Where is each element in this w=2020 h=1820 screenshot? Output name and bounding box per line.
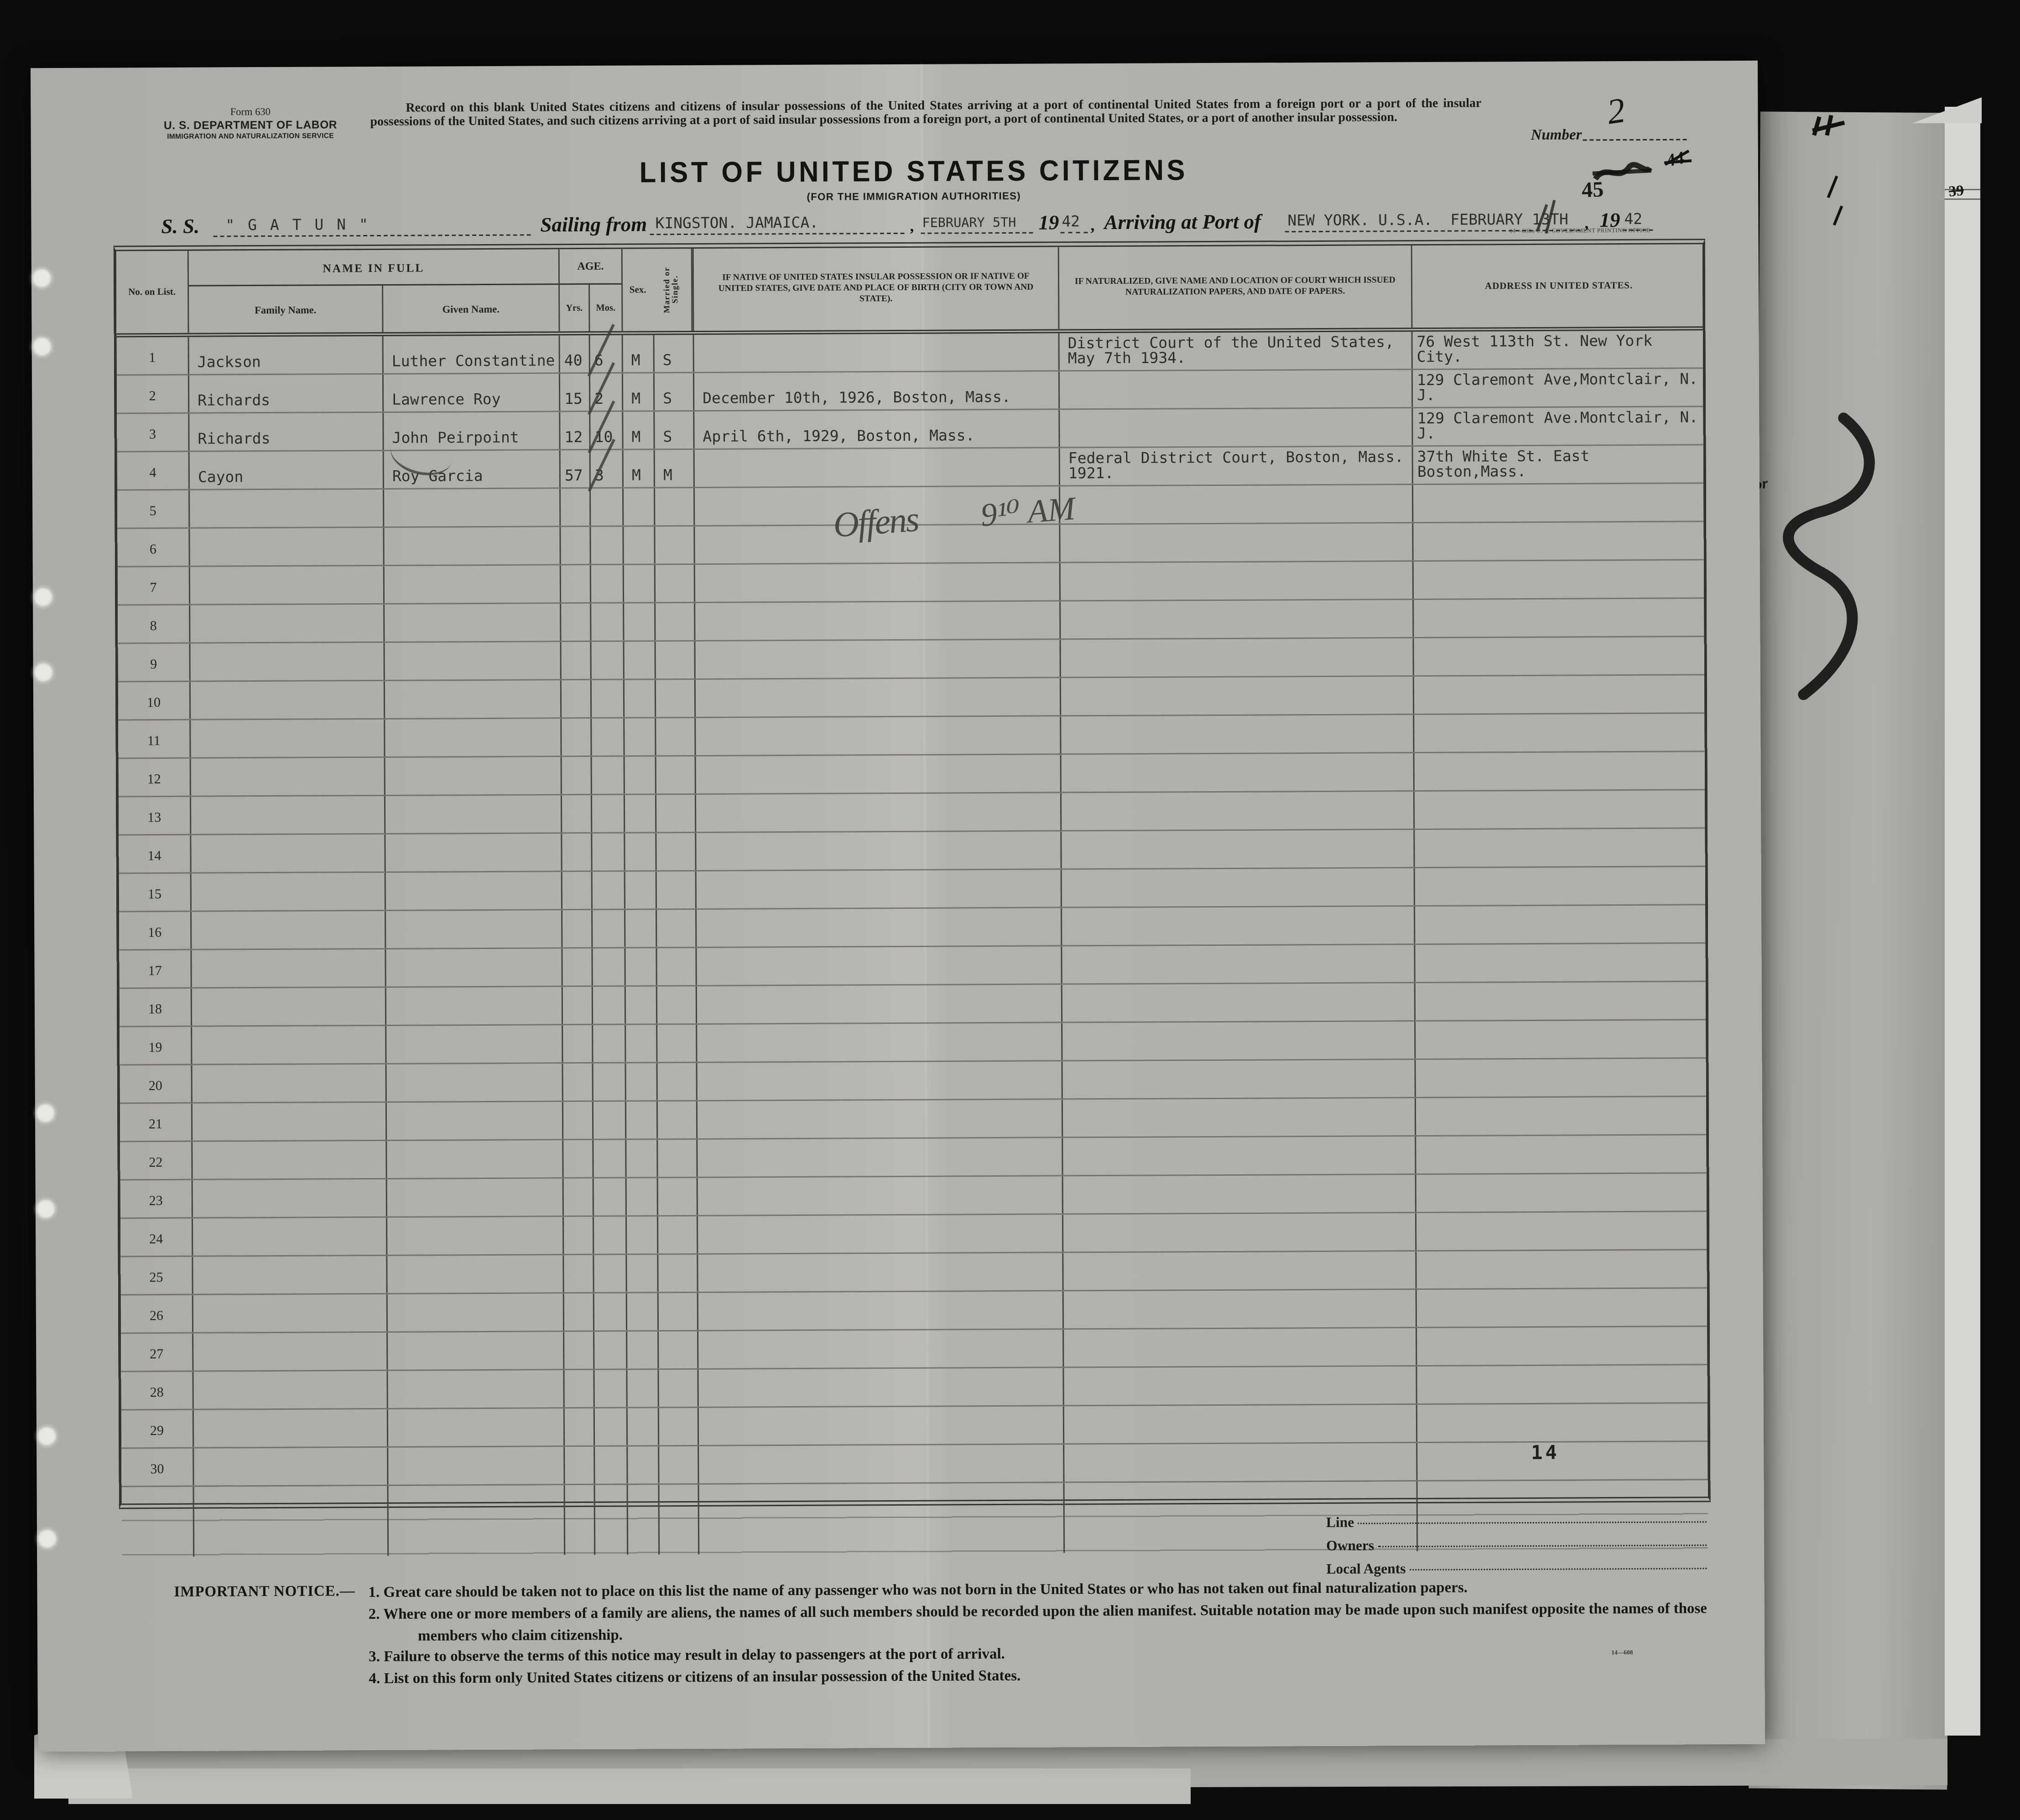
table-row: 15 xyxy=(119,867,1705,912)
cell-family xyxy=(189,681,384,719)
cell-naturalization xyxy=(1058,408,1411,447)
handwritten-number: 2 xyxy=(1604,90,1628,134)
cell-no: 12 xyxy=(119,759,190,796)
cell-birth xyxy=(695,793,1060,831)
cell-sex xyxy=(623,565,654,602)
header-native-birth: IF NATIVE OF UNITED STATES INSULAR POSSE… xyxy=(692,247,1058,330)
cell-naturalization xyxy=(1062,1175,1415,1213)
cell-no: 18 xyxy=(120,989,191,1026)
cell-sex xyxy=(622,488,654,525)
cell-status xyxy=(656,948,695,985)
cell-family xyxy=(189,566,383,604)
cell-given xyxy=(386,1370,563,1408)
printing-office-code: 14—608o U. S. GOVERNMENT PRINTING OFFICE xyxy=(1510,227,1650,234)
cell-given xyxy=(383,489,559,527)
cell-family xyxy=(190,911,385,949)
cell-birth xyxy=(697,1176,1062,1215)
header-mos: Mos. xyxy=(588,285,621,331)
cell-naturalization xyxy=(1062,1137,1415,1175)
cell-no: 6 xyxy=(117,529,188,566)
passenger-table: No. on List. NAME IN FULL Family Name. G… xyxy=(114,239,1711,1509)
table-row: 18 xyxy=(120,982,1706,1027)
cell-no: 3 xyxy=(117,414,188,451)
cell-sex xyxy=(626,1370,657,1407)
cell-given xyxy=(383,604,560,641)
table-row: 4CayonRoy Garcia573MMFederal District Co… xyxy=(117,445,1703,490)
header-no-on-list: No. on List. xyxy=(116,251,188,334)
manifest-form-page: Form 630 U. S. DEPARTMENT OF LABOR IMMIG… xyxy=(31,61,1765,1752)
cell-sex xyxy=(624,871,656,908)
table-row: 9 xyxy=(118,637,1704,682)
cell-family xyxy=(192,1179,386,1217)
cell-no: 5 xyxy=(117,490,188,528)
cell-family xyxy=(191,988,385,1026)
header-given-name: Given Name. xyxy=(382,285,558,332)
owners-field: Owners xyxy=(1326,1538,1707,1563)
cell-birth xyxy=(694,601,1059,640)
cell-sex xyxy=(625,1255,657,1292)
cell-family xyxy=(188,490,383,527)
cell-sex xyxy=(625,986,656,1023)
underlying-sheet-bottom2 xyxy=(68,1768,1191,1804)
cell-mos xyxy=(594,1408,626,1445)
cell-birth xyxy=(695,870,1061,908)
cell-sex xyxy=(624,948,656,985)
cell-naturalization xyxy=(1059,638,1412,677)
cell-mos xyxy=(589,527,622,564)
cell-family xyxy=(190,796,384,834)
cell-yrs xyxy=(562,987,592,1024)
cell-yrs xyxy=(562,1025,592,1062)
cell-family xyxy=(191,1064,385,1102)
cell-address xyxy=(1414,1059,1708,1097)
table-row: 12 xyxy=(119,752,1705,797)
cell-family xyxy=(192,1294,386,1332)
cell-given xyxy=(386,1255,562,1293)
cell-sex xyxy=(623,603,654,640)
cell-status xyxy=(657,1293,697,1330)
sailing-port: KINGSTON. JAMAICA. xyxy=(655,214,818,233)
table-row: 26 xyxy=(121,1288,1707,1334)
cell-birth xyxy=(695,946,1061,985)
cell-no: 27 xyxy=(121,1334,192,1371)
cell-mos xyxy=(591,834,624,871)
cell-yrs xyxy=(561,834,591,871)
cell-status xyxy=(655,795,695,832)
cell-yrs xyxy=(560,680,590,717)
cell-family xyxy=(192,1371,386,1409)
photo-background: 39 th or Form 630 U. S. DEPARTMENT OF LA… xyxy=(0,0,2020,1820)
cell-mos xyxy=(592,1025,625,1062)
table-row: 23 xyxy=(120,1173,1707,1219)
table-row: 8 xyxy=(118,599,1704,644)
cell-birth xyxy=(697,1215,1062,1253)
cell-sex xyxy=(625,1025,656,1062)
cell-no: 8 xyxy=(118,605,189,643)
cell-address xyxy=(1415,1173,1709,1212)
cell-sex xyxy=(626,1408,658,1445)
number-field: Number 2 xyxy=(1531,121,1690,146)
cell-status: S xyxy=(653,335,693,372)
cell-no: 28 xyxy=(121,1372,192,1409)
cell-mos xyxy=(593,1293,626,1330)
cell-address xyxy=(1412,560,1707,599)
form-instructions: Record on this blank United States citiz… xyxy=(370,97,1481,130)
cell-family: Cayon xyxy=(188,451,383,489)
cell-sex xyxy=(625,1216,657,1253)
cell-given xyxy=(385,872,561,910)
cell-family: Richards xyxy=(188,375,382,412)
cell-no: 17 xyxy=(119,950,190,988)
cell-no: 23 xyxy=(120,1180,192,1218)
cell-yrs xyxy=(561,757,591,794)
cell-status xyxy=(656,1025,696,1062)
cell-birth xyxy=(696,1138,1062,1176)
cell-sex xyxy=(625,1140,656,1177)
cell-mos xyxy=(592,1064,625,1100)
cell-naturalization: Federal District Court, Boston, Mass. 19… xyxy=(1059,447,1412,485)
cell-family xyxy=(190,758,384,796)
cell-given xyxy=(387,1447,563,1485)
cell-status xyxy=(657,1331,697,1368)
sailing-year: 42 xyxy=(1062,213,1080,230)
sailing-date: FEBRUARY 5TH xyxy=(922,216,1016,231)
table-row: 21 xyxy=(120,1097,1706,1142)
cell-yrs xyxy=(563,1293,593,1330)
cell-given xyxy=(384,757,561,795)
cell-birth xyxy=(694,640,1059,678)
cell-yrs xyxy=(561,910,591,947)
cell-address xyxy=(1415,1135,1709,1173)
cell-address: 37th White St. East Boston,Mass. xyxy=(1412,445,1706,484)
cell-family xyxy=(193,1409,387,1447)
cell-birth: December 10th, 1926, Boston, Mass. xyxy=(693,371,1058,410)
cell-birth xyxy=(696,1023,1061,1061)
cell-mos: 10 xyxy=(589,412,622,449)
cell-yrs xyxy=(559,527,589,564)
cell-birth xyxy=(697,1253,1062,1291)
cell-family xyxy=(192,1218,386,1256)
cell-sex xyxy=(624,910,656,947)
cell-no: 24 xyxy=(120,1219,192,1256)
voyage-line: S. S. " G A T U N " Sailing from KINGSTO… xyxy=(31,198,1758,241)
cell-naturalization xyxy=(1063,1443,1416,1481)
cell-address xyxy=(1414,982,1708,1020)
table-row: 28 xyxy=(121,1365,1707,1410)
cell-yrs xyxy=(559,489,589,526)
cell-address xyxy=(1415,1250,1709,1288)
header-family-name: Family Name. xyxy=(187,286,382,333)
cell-mos: 3 xyxy=(589,450,622,487)
cell-sex xyxy=(624,756,655,793)
cell-naturalization xyxy=(1062,1252,1415,1290)
table-row: 13 xyxy=(119,790,1705,835)
cell-birth: April 6th, 1929, Boston, Mass. xyxy=(693,410,1058,448)
cell-yrs xyxy=(560,642,590,679)
cell-status xyxy=(657,1216,697,1253)
cell-birth xyxy=(697,1330,1062,1368)
arrival-port: NEW YORK. U.S.A. xyxy=(1287,211,1432,229)
cell-status: S xyxy=(653,373,693,410)
table-row: 2RichardsLawrence Roy152MSDecember 10th,… xyxy=(117,369,1703,414)
cell-yrs: 40 xyxy=(559,335,589,372)
cell-yrs xyxy=(562,1255,593,1292)
cell-address xyxy=(1413,752,1708,790)
table-row: 17 xyxy=(119,944,1705,989)
cell-address xyxy=(1412,599,1707,637)
cell-family xyxy=(191,1103,385,1141)
punch-hole xyxy=(36,1199,56,1219)
cell-family: Richards xyxy=(188,413,382,451)
number-label: Number xyxy=(1531,127,1582,143)
comma: , xyxy=(910,216,914,237)
table-row: 22 xyxy=(120,1135,1706,1180)
cell-family xyxy=(192,1256,386,1294)
cell-birth xyxy=(696,1100,1062,1138)
cell-yrs xyxy=(562,1140,592,1177)
cell-status: S xyxy=(653,412,693,448)
crossed-number-right-sheet: 39 xyxy=(1948,183,1964,201)
arrival-year: 42 xyxy=(1624,210,1642,228)
cell-no: 22 xyxy=(120,1142,191,1179)
cell-naturalization xyxy=(1061,945,1414,983)
cell-address xyxy=(1416,1442,1710,1480)
cell-given xyxy=(384,795,561,833)
sailing-year-line xyxy=(1061,230,1088,233)
cell-yrs xyxy=(562,1102,592,1139)
cell-given xyxy=(385,1064,562,1101)
cell-address xyxy=(1413,714,1707,752)
print-code: 14—608 xyxy=(1611,1649,1633,1656)
cell-family xyxy=(189,643,383,681)
cell-birth xyxy=(696,985,1061,1023)
cell-mos xyxy=(593,1179,625,1215)
cell-yrs xyxy=(562,1217,593,1254)
cell-status xyxy=(658,1446,698,1483)
cell-status xyxy=(657,1255,697,1292)
cell-yrs xyxy=(560,719,590,756)
sheet-edge-white xyxy=(1945,107,1980,1736)
cell-no: 16 xyxy=(119,912,190,949)
local-agents-fill xyxy=(1410,1568,1707,1570)
cell-birth xyxy=(696,1061,1061,1100)
line-label: Line xyxy=(1326,1516,1354,1531)
cell-sex xyxy=(622,527,654,563)
cell-no: 15 xyxy=(119,874,190,911)
comma: , xyxy=(1090,215,1094,236)
sailing-date-line xyxy=(921,231,1033,234)
cell-given: Lawrence Roy xyxy=(382,374,559,412)
cell-sex xyxy=(626,1446,658,1483)
cell-address xyxy=(1416,1403,1710,1442)
cell-status xyxy=(655,833,695,870)
cell-yrs: 15 xyxy=(559,374,589,411)
cell-naturalization xyxy=(1059,485,1412,523)
cell-status xyxy=(657,1370,697,1407)
cell-given xyxy=(387,1408,563,1446)
cell-no: 4 xyxy=(117,452,188,490)
cell-status xyxy=(654,488,693,525)
cell-no: 30 xyxy=(121,1449,193,1486)
cell-status xyxy=(655,718,694,755)
cell-sex xyxy=(623,680,655,717)
cell-family xyxy=(188,528,383,566)
table-row: 30 xyxy=(121,1442,1708,1487)
cell-address: 76 West 113th St. New York City. xyxy=(1411,330,1706,369)
line-fill xyxy=(1358,1521,1707,1524)
cell-given xyxy=(384,680,560,718)
cell-yrs xyxy=(562,1064,592,1100)
cell-yrs: 57 xyxy=(559,450,589,487)
cell-address xyxy=(1412,522,1706,560)
table-row: 14 xyxy=(119,829,1705,874)
important-notice: IMPORTANT NOTICE.— 1. Great care should … xyxy=(174,1577,1721,1692)
cell-address xyxy=(1414,944,1708,982)
pen-scribble-crossed-number xyxy=(1809,115,1845,137)
cell-no: 10 xyxy=(118,682,189,720)
cell-naturalization xyxy=(1059,600,1412,638)
cell-sex xyxy=(625,1101,656,1138)
cell-sex xyxy=(623,641,654,678)
cell-naturalization xyxy=(1062,1328,1416,1366)
handwritten-signature: Offens xyxy=(832,499,920,545)
cell-sex: M xyxy=(622,450,654,487)
cell-given xyxy=(383,642,560,680)
cell-naturalization xyxy=(1062,1098,1415,1137)
cell-mos xyxy=(593,1217,625,1254)
cell-birth xyxy=(693,448,1059,486)
cell-no: 1 xyxy=(117,337,188,375)
notice-item: 2. Where one or more members of a family… xyxy=(369,1599,1721,1648)
cell-family xyxy=(191,1141,385,1179)
cell-naturalization xyxy=(1061,983,1414,1022)
cell-yrs xyxy=(562,1179,593,1215)
sailing-from-label: Sailing from xyxy=(540,214,647,238)
cell-no: 19 xyxy=(120,1027,191,1064)
header-name-in-full: NAME IN FULL xyxy=(187,249,558,287)
cell-given xyxy=(383,527,559,565)
cell-birth xyxy=(695,908,1061,946)
crossed-out-number: 44 xyxy=(1664,147,1686,172)
page-number-stamp: 14 xyxy=(1531,1443,1560,1465)
cell-yrs xyxy=(561,795,591,832)
header-married-or-single: Married or Single. xyxy=(653,249,693,331)
table-row: 3RichardsJohn Peirpoint1210MSApril 6th, … xyxy=(117,407,1703,452)
cell-no: 11 xyxy=(118,720,189,758)
cell-birth xyxy=(694,678,1060,716)
header-sex: Sex. xyxy=(621,249,653,331)
cell-status xyxy=(654,603,694,640)
cell-yrs xyxy=(561,872,591,909)
cell-yrs xyxy=(561,949,591,986)
cell-birth xyxy=(693,333,1058,371)
cell-birth xyxy=(694,563,1059,601)
cell-address xyxy=(1412,637,1707,675)
cell-sex xyxy=(626,1293,657,1330)
cell-no: 21 xyxy=(120,1104,191,1141)
cell-status: M xyxy=(654,450,693,487)
header-address: ADDRESS IN UNITED STATES. xyxy=(1411,244,1706,328)
cell-birth xyxy=(698,1406,1063,1445)
header-yrs: Yrs. xyxy=(558,285,588,331)
cell-status xyxy=(656,1101,696,1138)
punch-hole xyxy=(33,662,54,683)
cell-mos xyxy=(591,949,624,986)
cell-address xyxy=(1415,1212,1709,1250)
cell-mos xyxy=(590,680,623,717)
cell-birth xyxy=(695,831,1060,870)
cell-address xyxy=(1416,1327,1710,1365)
table-row: 27 xyxy=(121,1327,1707,1372)
table-row: 7 xyxy=(118,560,1704,605)
cell-yrs xyxy=(560,565,590,602)
cell-given: Luther Constantine xyxy=(382,335,559,373)
cell-naturalization xyxy=(1060,753,1413,792)
cell-mos xyxy=(594,1447,626,1484)
cell-no: 14 xyxy=(119,835,190,873)
cell-yrs: 12 xyxy=(559,412,589,449)
cell-sex xyxy=(625,1178,657,1215)
cell-mos xyxy=(589,489,622,526)
cell-naturalization xyxy=(1059,562,1412,600)
line-field: Line xyxy=(1326,1514,1707,1539)
owners-fill xyxy=(1378,1544,1707,1547)
form-identity-block: Form 630 U. S. DEPARTMENT OF LABOR IMMIG… xyxy=(137,105,363,141)
cell-address xyxy=(1413,829,1708,867)
agents-block: Line Owners Local Agents xyxy=(1326,1514,1707,1586)
cell-mos xyxy=(591,757,624,794)
punch-hole xyxy=(36,1426,57,1446)
cell-mos xyxy=(590,604,623,641)
cell-given xyxy=(386,1217,562,1255)
cell-mos xyxy=(593,1332,626,1369)
cell-sex: M xyxy=(622,373,653,410)
punch-hole xyxy=(32,336,52,357)
notice-list: 1. Great care should be taken not to pla… xyxy=(368,1577,1721,1691)
cell-family xyxy=(192,1333,386,1371)
cell-status xyxy=(656,910,695,947)
cell-no: 20 xyxy=(120,1065,191,1103)
cell-address xyxy=(1414,867,1708,905)
cell-status xyxy=(656,986,696,1023)
cell-given xyxy=(385,1140,562,1178)
cell-status xyxy=(654,641,694,678)
cell-family xyxy=(189,720,384,757)
cell-status xyxy=(656,1063,696,1100)
cell-sex xyxy=(624,795,655,832)
cell-no: 13 xyxy=(119,797,190,834)
arriving-label: Arriving at Port of xyxy=(1104,212,1261,236)
owners-label: Owners xyxy=(1326,1539,1374,1554)
cell-address xyxy=(1414,905,1708,944)
cell-no: 26 xyxy=(121,1295,192,1333)
local-agents-label: Local Agents xyxy=(1326,1562,1406,1578)
cell-family xyxy=(193,1448,387,1486)
table-row: 11 xyxy=(118,714,1704,759)
cell-status xyxy=(655,756,695,793)
cell-sex xyxy=(625,1063,656,1100)
cell-yrs xyxy=(563,1370,593,1407)
cell-mos xyxy=(590,642,623,679)
cell-family xyxy=(190,949,385,987)
cell-naturalization xyxy=(1062,1290,1416,1328)
cell-address xyxy=(1413,790,1708,829)
cell-mos xyxy=(591,872,624,909)
cell-birth xyxy=(698,1445,1063,1483)
cell-no: 29 xyxy=(121,1410,193,1448)
ss-label: S. S. xyxy=(161,217,199,240)
table-row: 25 xyxy=(120,1250,1707,1295)
